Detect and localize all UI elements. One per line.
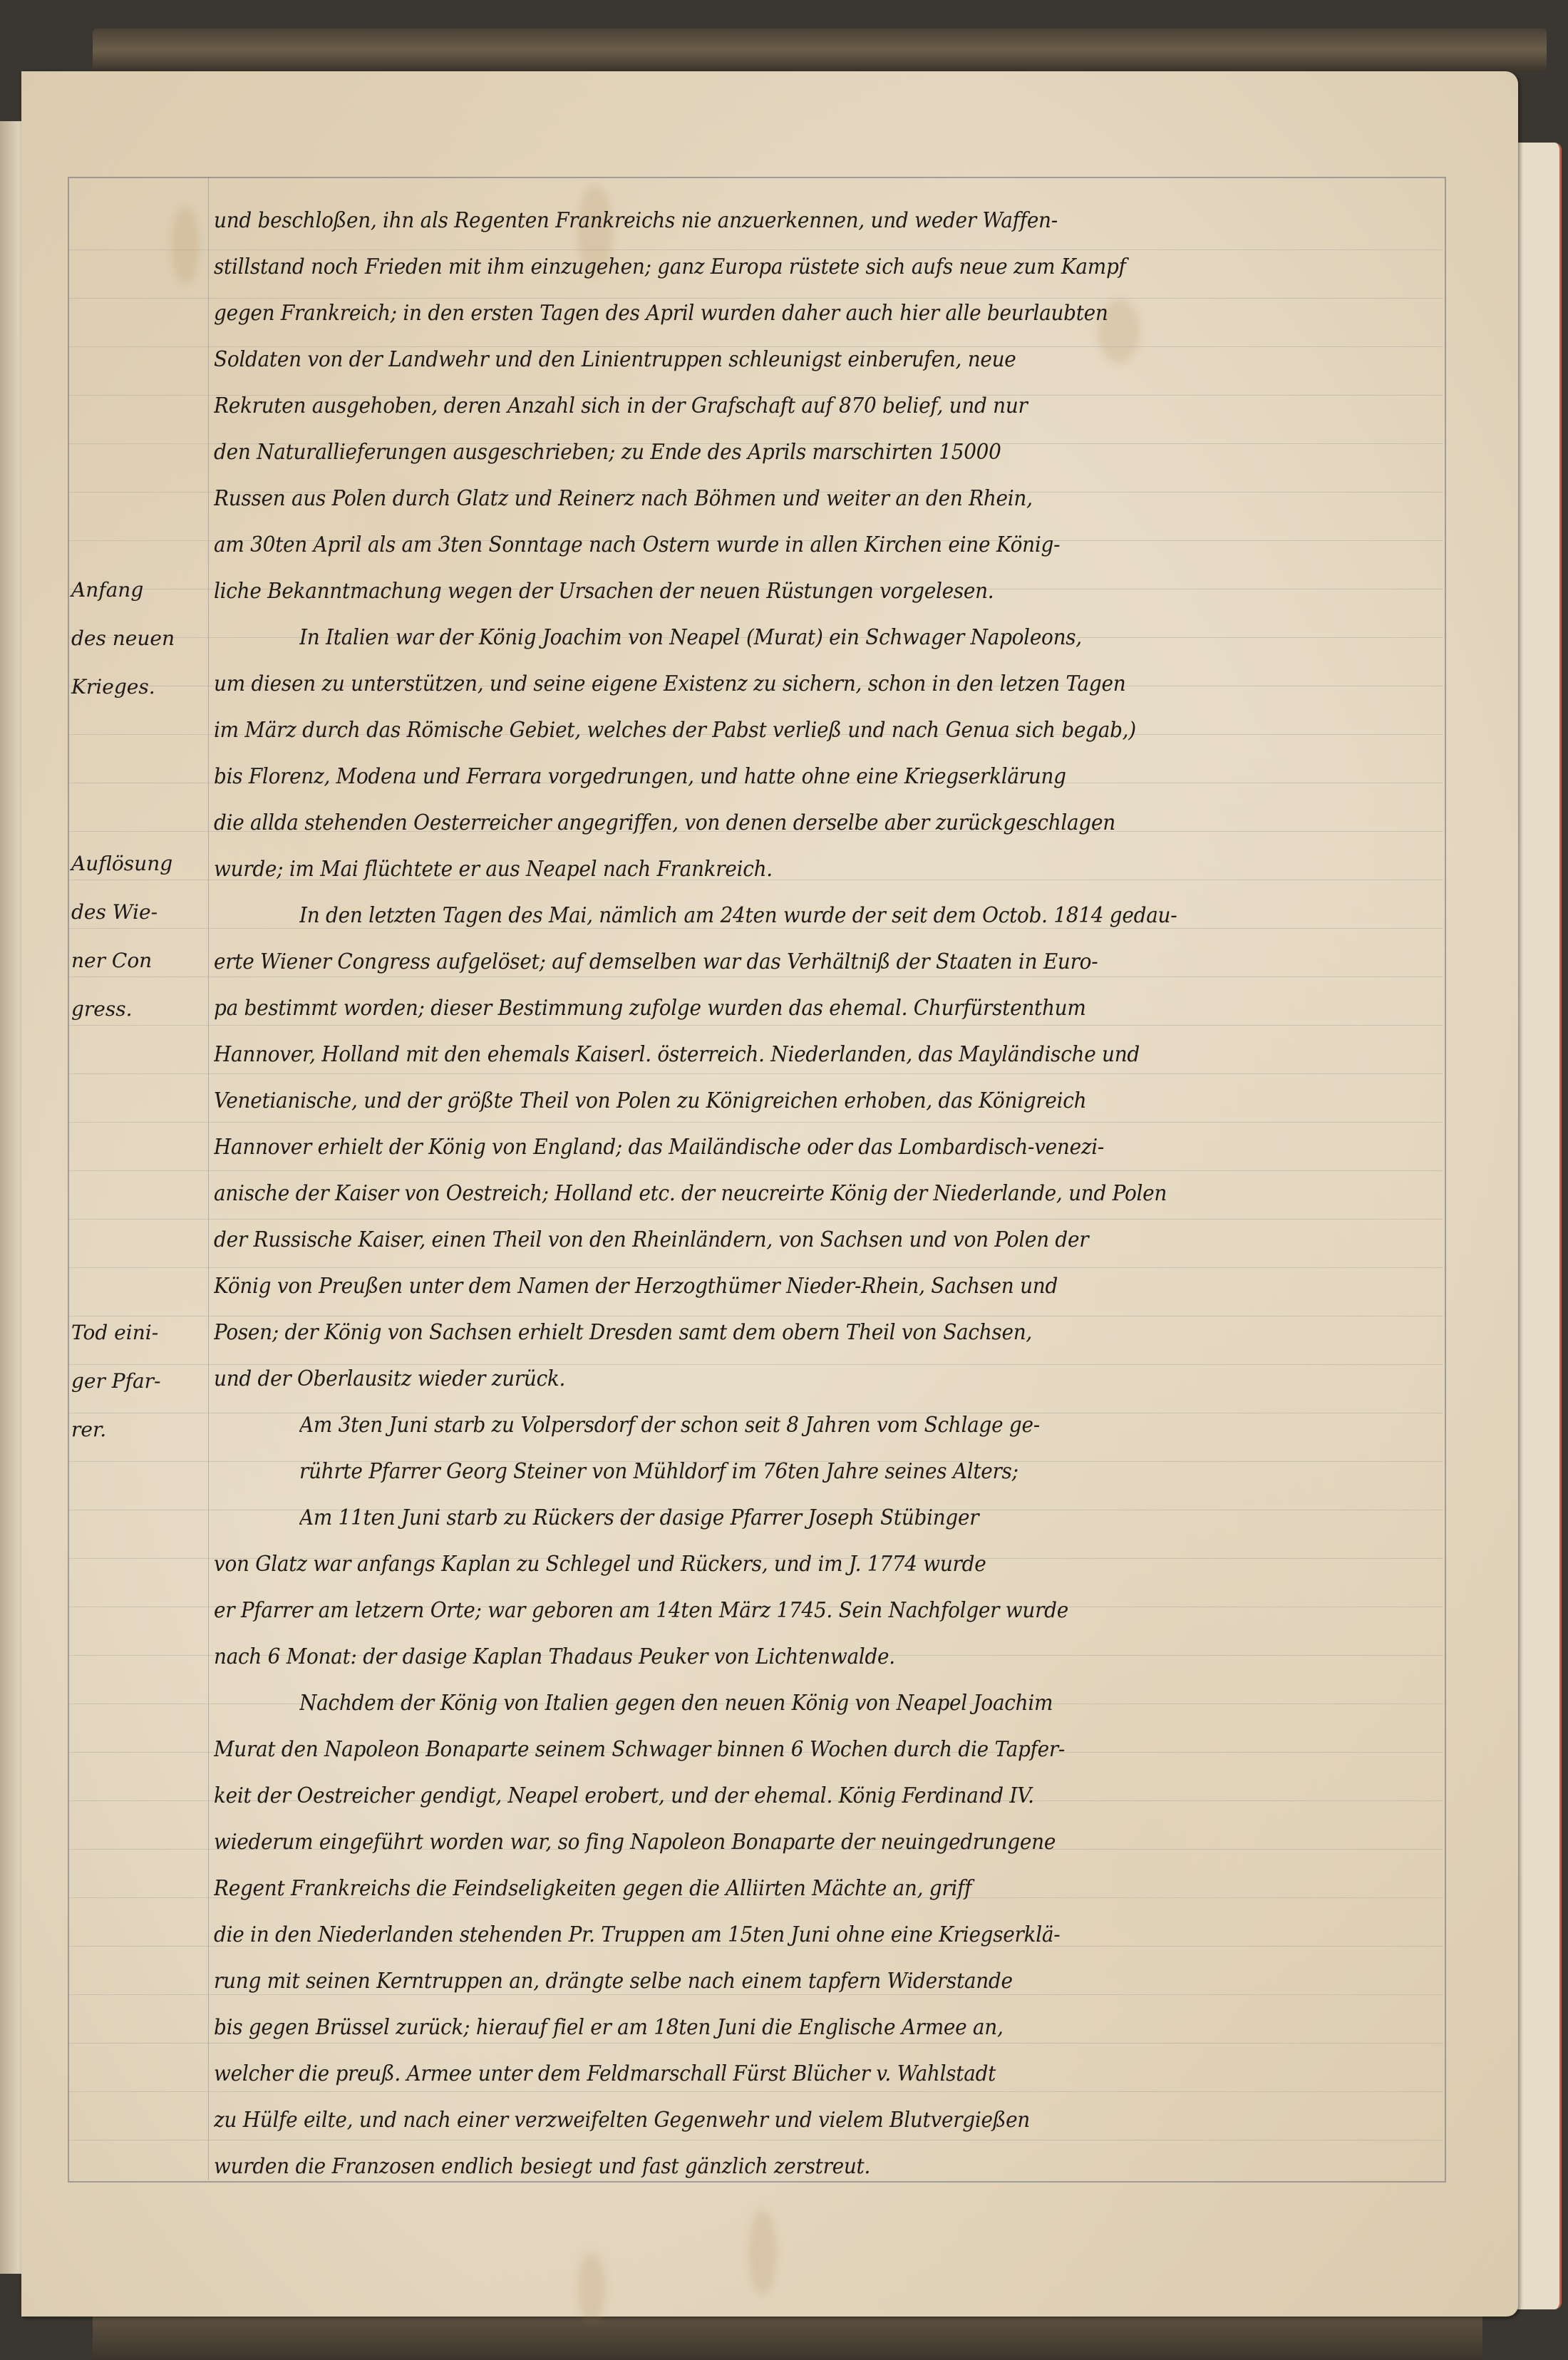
manuscript-line: nach 6 Monat: der dasige Kaplan Thadaus … bbox=[214, 1636, 1351, 1679]
manuscript-line: Hannover, Holland mit den ehemals Kaiser… bbox=[214, 1034, 1351, 1076]
left-page-edge bbox=[0, 121, 22, 2274]
manuscript-line: die in den Niederlanden stehenden Pr. Tr… bbox=[214, 1914, 1351, 1957]
manuscript-line: gegen Frankreich; in den ersten Tagen de… bbox=[214, 292, 1351, 335]
manuscript-line: In Italien war der König Joachim von Nea… bbox=[299, 617, 1360, 659]
manuscript-line: rührte Pfarrer Georg Steiner von Mühldor… bbox=[299, 1450, 1360, 1493]
manuscript-line: und beschloßen, ihn als Regenten Frankre… bbox=[214, 200, 1351, 242]
margin-note-tod-line-1: Tod eini- bbox=[71, 1312, 207, 1354]
manuscript-line: Russen aus Polen durch Glatz und Reinerz… bbox=[214, 478, 1351, 520]
manuscript-line: Hannover erhielt der König von England; … bbox=[214, 1126, 1351, 1169]
manuscript-line: wurden die Franzosen endlich besiegt und… bbox=[214, 2145, 1351, 2188]
manuscript-line: und der Oberlausitz wieder zurück. bbox=[214, 1358, 1351, 1401]
manuscript-line: welcher die preuß. Armee unter dem Feldm… bbox=[214, 2053, 1351, 2096]
manuscript-line: König von Preußen unter dem Namen der He… bbox=[214, 1265, 1351, 1308]
margin-note-congress-line-1: Auflösung bbox=[71, 843, 207, 885]
margin-note-anfang-line-3: Krieges. bbox=[71, 666, 207, 708]
margin-note-tod-line-2: ger Pfar- bbox=[71, 1360, 207, 1403]
manuscript-line: die allda stehenden Oesterreicher angegr… bbox=[214, 802, 1351, 845]
paper-stain bbox=[748, 2210, 777, 2295]
manuscript-line: bis gegen Brüssel zurück; hierauf fiel e… bbox=[214, 2006, 1351, 2049]
manuscript-line: rung mit seinen Kerntruppen an, drängte … bbox=[214, 1960, 1351, 2003]
margin-rule bbox=[208, 177, 209, 2180]
manuscript-line: stillstand noch Frieden mit ihm einzugeh… bbox=[214, 246, 1351, 289]
manuscript-line: In den letzten Tagen des Mai, nämlich am… bbox=[299, 895, 1360, 937]
manuscript-line: wiederum eingeführt worden war, so fing … bbox=[214, 1821, 1351, 1864]
margin-note-congress-line-4: gress. bbox=[71, 988, 207, 1031]
manuscript-line: von Glatz war anfangs Kaplan zu Schlegel… bbox=[214, 1543, 1351, 1586]
manuscript-line: keit der Oestreicher gendigt, Neapel ero… bbox=[214, 1775, 1351, 1818]
margin-note-anfang-line-2: des neuen bbox=[71, 617, 207, 660]
manuscript-line: zu Hülfe eilte, und nach einer verzweife… bbox=[214, 2099, 1351, 2142]
manuscript-line: Venetianische, und der größte Theil von … bbox=[214, 1080, 1351, 1123]
manuscript-line: Soldaten von der Landwehr und den Linien… bbox=[214, 339, 1351, 381]
paper-stain bbox=[577, 2252, 606, 2324]
ruled-line bbox=[69, 1170, 1443, 1171]
margin-note-congress-line-2: des Wie- bbox=[71, 891, 207, 934]
book-binding-top bbox=[93, 29, 1547, 71]
manuscript-line: um diesen zu unterstützen, und seine eig… bbox=[214, 663, 1351, 706]
margin-note-congress-line-3: ner Con bbox=[71, 939, 207, 982]
manuscript-line: Rekruten ausgehoben, deren Anzahl sich i… bbox=[214, 385, 1351, 428]
manuscript-line: im März durch das Römische Gebiet, welch… bbox=[214, 709, 1351, 752]
manuscript-line: Regent Frankreichs die Feindseligkeiten … bbox=[214, 1867, 1351, 1910]
manuscript-line: erte Wiener Congress aufgelöset; auf dem… bbox=[214, 941, 1351, 984]
manuscript-line: liche Bekanntmachung wegen der Ursachen … bbox=[214, 570, 1351, 613]
manuscript-line: er Pfarrer am letzern Orte; war geboren … bbox=[214, 1589, 1351, 1632]
manuscript-line: pa bestimmt worden; dieser Bestimmung zu… bbox=[214, 987, 1351, 1030]
margin-note-tod-line-3: rer. bbox=[71, 1408, 207, 1451]
manuscript-line: Murat den Napoleon Bonaparte seinem Schw… bbox=[214, 1728, 1351, 1771]
manuscript-line: Nachdem der König von Italien gegen den … bbox=[299, 1682, 1360, 1725]
manuscript-line: am 30ten April als am 3ten Sonntage nach… bbox=[214, 524, 1351, 567]
manuscript-line: den Naturallieferungen ausgeschrieben; z… bbox=[214, 431, 1351, 474]
manuscript-line: bis Florenz, Modena und Ferrara vorgedru… bbox=[214, 756, 1351, 798]
manuscript-line: der Russische Kaiser, einen Theil von de… bbox=[214, 1219, 1351, 1262]
manuscript-line: anische der Kaiser von Oestreich; Hollan… bbox=[214, 1173, 1351, 1215]
manuscript-line: wurde; im Mai flüchtete er aus Neapel na… bbox=[214, 848, 1351, 891]
manuscript-line: Am 3ten Juni starb zu Volpersdorf der sc… bbox=[299, 1404, 1360, 1447]
manuscript-line: Am 11ten Juni starb zu Rückers der dasig… bbox=[299, 1497, 1360, 1540]
manuscript-line: Posen; der König von Sachsen erhielt Dre… bbox=[214, 1312, 1351, 1354]
margin-note-anfang-line-1: Anfang bbox=[71, 569, 207, 612]
